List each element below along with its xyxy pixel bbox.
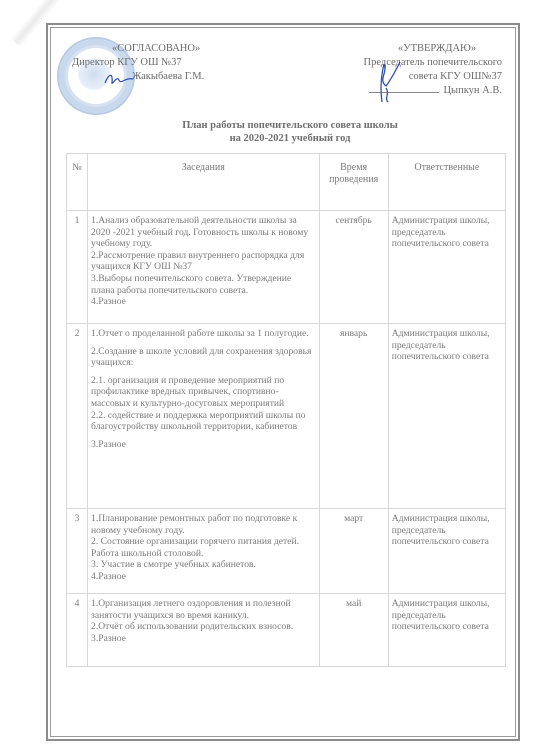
row-responsible: Администрация школы, председатель попечи… [388, 211, 505, 324]
table-row: 2 1.Отчет о проделанной работе школы за … [67, 324, 506, 509]
session-item: 3.Разное [91, 633, 316, 645]
row-responsible: Администрация школы, председатель попечи… [388, 324, 505, 509]
session-item: 2.Отчёт об использовании родительских вз… [91, 621, 316, 633]
agreed-heading: «СОГЛАСОВАНО» [72, 42, 204, 56]
header-sessions: Заседания [88, 154, 320, 211]
row-sessions: 1.Отчет о проделанной работе школы за 1 … [88, 324, 320, 509]
row-number: 1 [67, 211, 88, 324]
session-item: 2. Состояние организации горячего питани… [91, 536, 316, 559]
agreed-position: Директор КГУ ОШ №37 [72, 56, 204, 70]
row-sessions: 1.Организация летнего оздоровления и пол… [88, 594, 320, 667]
session-item: 1.Планирование ремонтных работ по подгот… [91, 513, 316, 536]
row-number: 3 [67, 509, 88, 594]
session-item: 3. Участие в смотре учебных кабинетов. [91, 559, 316, 571]
row-time: март [319, 509, 388, 594]
approved-name: Цыпкун А.В. [443, 85, 502, 96]
row-responsible: Администрация школы, председатель попечи… [388, 509, 505, 594]
row-sessions: 1.Анализ образовательной деятельности шк… [88, 211, 320, 324]
header-time: Время проведения [319, 154, 388, 211]
row-number: 4 [67, 594, 88, 667]
session-item: 4.Разное [91, 296, 316, 308]
chairman-signature-icon [372, 58, 402, 104]
row-number: 2 [67, 324, 88, 509]
table-row: 3 1.Планирование ремонтных работ по подг… [67, 509, 506, 594]
approval-block-agreed: «СОГЛАСОВАНО» Директор КГУ ОШ №37 Жакыба… [72, 42, 204, 84]
row-responsible: Администрация школы, председатель попечи… [388, 594, 505, 667]
table-row: 1 1.Анализ образовательной деятельности … [67, 211, 506, 324]
row-sessions: 1.Планирование ремонтных работ по подгот… [88, 509, 320, 594]
agreed-name: Жакыбаева Г.М. [72, 70, 204, 84]
session-item: 2.Создание в школе условий для сохранени… [91, 346, 316, 369]
title-line-1: План работы попечительского совета школы [150, 119, 430, 132]
row-time: май [319, 594, 388, 667]
session-item: 2.1. организация и проведение мероприяти… [91, 375, 316, 410]
session-item: 1.Анализ образовательной деятельности шк… [91, 215, 316, 250]
session-item: 2.Рассмотрение правил внутреннего распор… [91, 250, 316, 273]
header-number: № [67, 154, 88, 211]
row-time: январь [319, 324, 388, 509]
session-item: 3.Выборы попечительского совета. Утвержд… [91, 273, 316, 296]
approved-heading: «УТВЕРЖДАЮ» [352, 42, 502, 56]
director-signature-icon [103, 71, 135, 89]
table-row: 4 1.Организация летнего оздоровления и п… [67, 594, 506, 667]
header-responsible: Ответственные [388, 154, 505, 211]
session-item: 1.Организация летнего оздоровления и пол… [91, 598, 316, 621]
session-item: 3.Разное [91, 439, 316, 451]
document-title: План работы попечительского совета школы… [150, 119, 430, 145]
row-time: сентябрь [319, 211, 388, 324]
session-item: 4.Разное [91, 571, 316, 583]
session-item: 2.2. содействие и поддержка мероприятий … [91, 410, 316, 433]
session-item: 1.Отчет о проделанной работе школы за 1 … [91, 328, 316, 340]
work-plan-table: № Заседания Время проведения Ответственн… [66, 153, 506, 667]
table-header-row: № Заседания Время проведения Ответственн… [67, 154, 506, 211]
title-line-2: на 2020-2021 учебный год [150, 132, 430, 145]
